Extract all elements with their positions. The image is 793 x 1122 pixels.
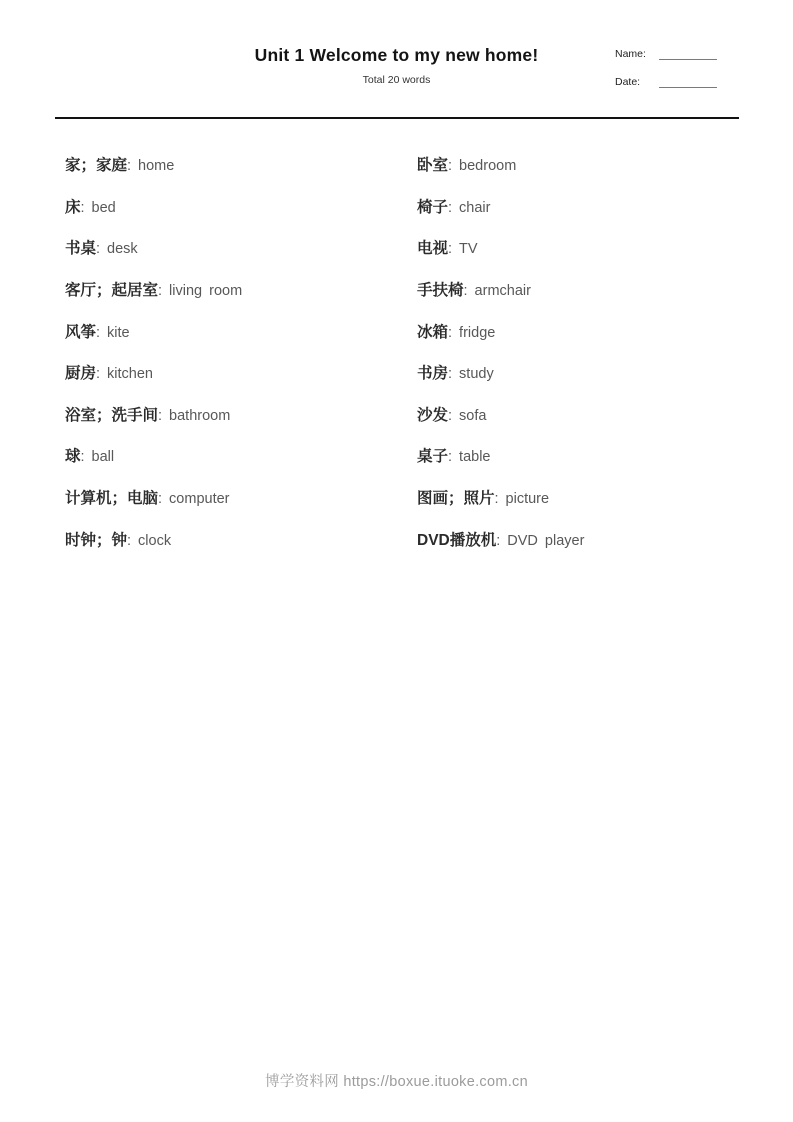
term-cn: DVD播放机	[417, 532, 496, 549]
term-en: TV	[459, 241, 478, 257]
word-entry: 冰箱:fridge	[417, 323, 584, 365]
term-en: kite	[107, 325, 130, 341]
word-entry: 电视:TV	[417, 239, 584, 281]
term-en: ball	[92, 449, 115, 465]
term-en: bed	[92, 200, 116, 216]
separator: :	[448, 325, 452, 341]
word-entry: DVD播放机:DVD player	[417, 531, 584, 573]
term-cn: 卧室	[417, 157, 448, 174]
name-blank-line	[659, 47, 717, 60]
term-en: armchair	[475, 283, 531, 299]
word-entry: 厨房:kitchen	[65, 364, 242, 406]
header-divider	[55, 117, 739, 119]
word-entry: 球:ball	[65, 447, 242, 489]
term-cn: 冰箱	[417, 324, 448, 341]
separator: :	[96, 325, 100, 341]
footer-watermark: 博学资料网 https://boxue.ituoke.com.cn	[265, 1074, 528, 1090]
term-en: desk	[107, 241, 138, 257]
separator: :	[158, 283, 162, 299]
word-entry: 计算机；电脑:computer	[65, 489, 242, 531]
word-entry: 卧室:bedroom	[417, 156, 584, 198]
separator: :	[448, 158, 452, 174]
word-entry: 书房:study	[417, 364, 584, 406]
term-en: living room	[169, 283, 242, 299]
term-cn: 风筝	[65, 324, 96, 341]
separator: :	[448, 200, 452, 216]
separator: :	[81, 449, 85, 465]
term-cn: 图画；照片	[417, 490, 495, 507]
footer: 博学资料网 https://boxue.ituoke.com.cn	[0, 1070, 793, 1091]
term-en: picture	[506, 491, 550, 507]
word-entry: 风筝:kite	[65, 323, 242, 365]
word-entry: 床:bed	[65, 198, 242, 240]
name-date-block: Name: Date:	[615, 46, 717, 102]
separator: :	[158, 408, 162, 424]
term-cn: 手扶椅	[417, 282, 464, 299]
term-en: chair	[459, 200, 490, 216]
term-cn: 书桌	[65, 240, 96, 257]
term-en: computer	[169, 491, 229, 507]
separator: :	[448, 241, 452, 257]
separator: :	[127, 158, 131, 174]
word-column-left: 家；家庭:home 床:bed 书桌:desk 客厅；起居室:living ro…	[65, 156, 242, 572]
term-cn: 床	[65, 199, 81, 216]
word-column-right: 卧室:bedroom 椅子:chair 电视:TV 手扶椅:armchair 冰…	[417, 156, 584, 572]
term-cn: 厨房	[65, 365, 96, 382]
word-entry: 家；家庭:home	[65, 156, 242, 198]
separator: :	[496, 533, 500, 549]
term-cn: 桌子	[417, 448, 448, 465]
separator: :	[464, 283, 468, 299]
name-row: Name:	[615, 46, 717, 60]
date-row: Date:	[615, 74, 717, 88]
term-cn: 沙发	[417, 407, 448, 424]
term-cn: 家；家庭	[65, 157, 127, 174]
term-en: DVD player	[507, 533, 584, 549]
separator: :	[158, 491, 162, 507]
separator: :	[495, 491, 499, 507]
term-en: kitchen	[107, 366, 153, 382]
word-entry: 椅子:chair	[417, 198, 584, 240]
term-en: bathroom	[169, 408, 230, 424]
term-en: sofa	[459, 408, 486, 424]
separator: :	[81, 200, 85, 216]
word-entry: 客厅；起居室:living room	[65, 281, 242, 323]
word-entry: 书桌:desk	[65, 239, 242, 281]
separator: :	[448, 449, 452, 465]
separator: :	[96, 241, 100, 257]
term-en: table	[459, 449, 490, 465]
term-cn: 电视	[417, 240, 448, 257]
separator: :	[127, 533, 131, 549]
term-en: bedroom	[459, 158, 516, 174]
term-cn: 椅子	[417, 199, 448, 216]
separator: :	[96, 366, 100, 382]
separator: :	[448, 366, 452, 382]
word-entry: 图画；照片:picture	[417, 489, 584, 531]
word-entry: 浴室；洗手间:bathroom	[65, 406, 242, 448]
word-entry: 时钟；钟:clock	[65, 531, 242, 573]
term-cn: 浴室；洗手间	[65, 407, 158, 424]
term-cn: 球	[65, 448, 81, 465]
date-label: Date:	[615, 76, 640, 88]
word-entry: 沙发:sofa	[417, 406, 584, 448]
word-entry: 桌子:table	[417, 447, 584, 489]
term-cn: 计算机；电脑	[65, 490, 158, 507]
date-blank-line	[659, 75, 717, 88]
term-cn: 书房	[417, 365, 448, 382]
term-cn: 时钟；钟	[65, 532, 127, 549]
name-label: Name:	[615, 48, 646, 60]
separator: :	[448, 408, 452, 424]
term-cn: 客厅；起居室	[65, 282, 158, 299]
worksheet-page: Unit 1 Welcome to my new home! Total 20 …	[0, 0, 793, 1122]
term-en: clock	[138, 533, 171, 549]
term-en: fridge	[459, 325, 495, 341]
word-entry: 手扶椅:armchair	[417, 281, 584, 323]
term-en: home	[138, 158, 174, 174]
term-en: study	[459, 366, 494, 382]
